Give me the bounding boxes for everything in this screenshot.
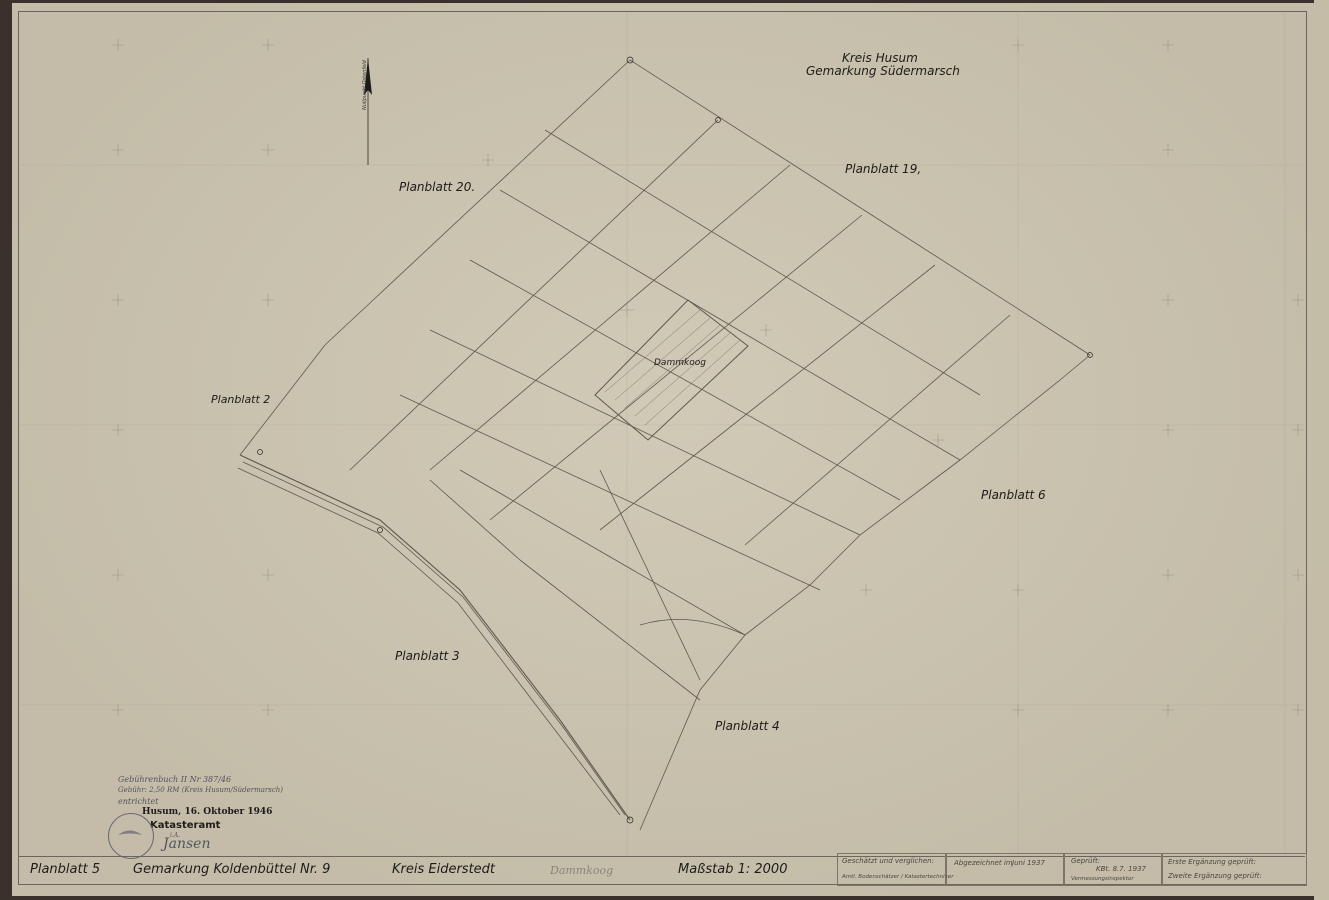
fee-note-line1: Gebührenbuch II Nr 387/46	[118, 775, 231, 784]
gemarkung-title: Gemarkung Koldenbüttel Nr. 9	[133, 862, 330, 877]
north-arrow-label: Nullpunkt Ostenfeld	[362, 60, 368, 110]
sheet-number: Planblatt 5	[30, 862, 100, 877]
cadastral-map-drawing	[0, 0, 1329, 900]
gemarkung-label: Gemarkung Südermarsch	[806, 64, 960, 78]
dammkoog-label: Dammkoog	[654, 358, 706, 368]
stamp-place-date: Husum, 16. Oktober 1946	[142, 807, 272, 817]
planblatt-3-label: Planblatt 3	[395, 649, 460, 663]
checked-value: KBt. 8.7. 1937	[1096, 865, 1146, 873]
stamp-office: Katasteramt	[150, 820, 220, 831]
district-label: Kreis Husum	[842, 51, 918, 65]
planblatt-20-label: Planblatt 20.	[399, 180, 475, 194]
grid-crosses	[112, 39, 1304, 716]
planblatt-6-label: Planblatt 6	[981, 488, 1046, 502]
scale-label: Maßstab 1: 2000	[678, 862, 787, 877]
drawn-value: Juni 1937	[1012, 859, 1045, 867]
kreis-title: Kreis Eiderstedt	[392, 862, 495, 877]
checked-label: Geprüft:	[1071, 857, 1100, 865]
stamp-signature: Jansen	[163, 836, 210, 852]
drawn-box	[945, 853, 1065, 886]
estimated-role: Amtl. Bodenschätzer / Katastertechniker	[842, 874, 953, 880]
fee-note-line3: entrichtet	[118, 797, 158, 806]
checked-role: Vermessungsinspektor	[1071, 876, 1134, 882]
parcel-lines	[238, 60, 1090, 830]
official-seal	[108, 813, 154, 859]
planblatt-19-label: Planblatt 19,	[845, 162, 921, 176]
second-supplement-label: Zweite Ergänzung geprüft:	[1168, 872, 1262, 880]
first-supplement-label: Erste Ergänzung geprüft:	[1168, 858, 1256, 866]
fee-note-line2: Gebühr: 2,50 RM (Kreis Husum/Südermarsch…	[118, 786, 283, 794]
planblatt-4-label: Planblatt 4	[715, 719, 780, 733]
planblatt-2-label: Planblatt 2	[211, 393, 270, 406]
handwritten-name: Dammkoog	[550, 864, 613, 877]
estimated-label: Geschätzt und verglichen:	[842, 857, 934, 865]
drawn-label: Abgezeichnet im	[954, 859, 1013, 867]
